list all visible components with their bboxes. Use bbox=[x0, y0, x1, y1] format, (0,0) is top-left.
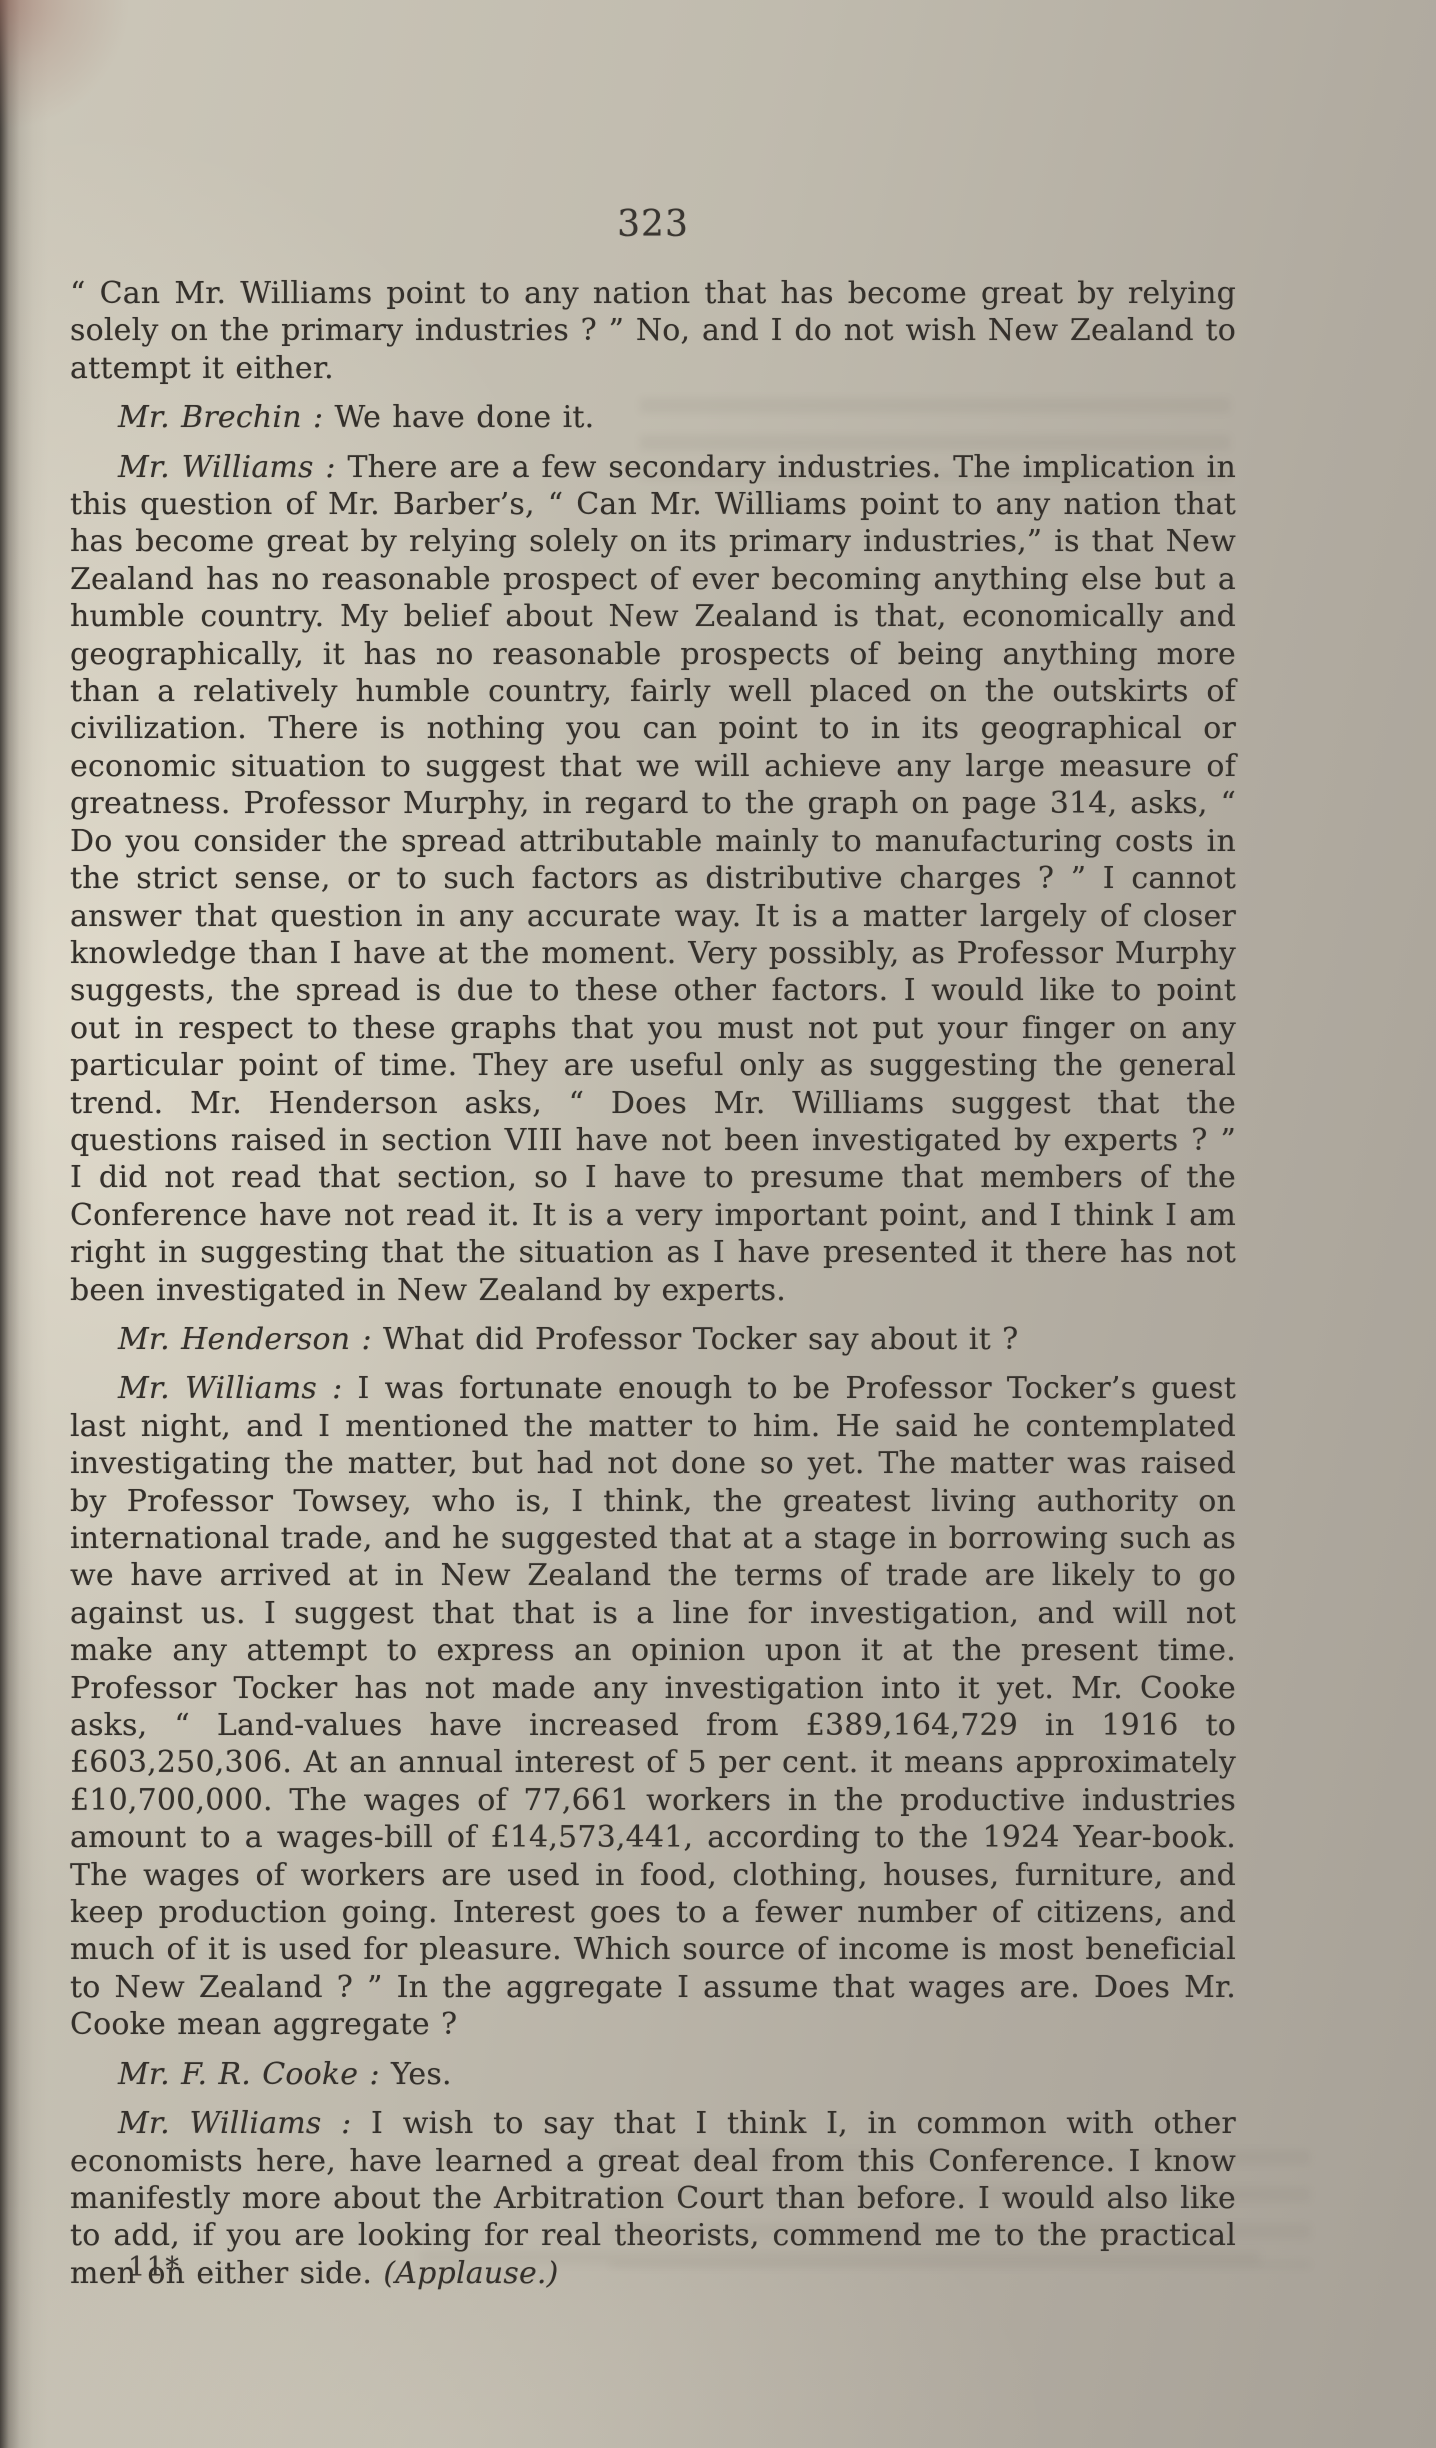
paragraph-text: I was fortunate enough to be Professor T… bbox=[70, 1371, 1236, 2042]
paragraph: Mr. Williams : I was fortunate enough to… bbox=[70, 1370, 1236, 2043]
paragraph-text: Yes. bbox=[391, 2057, 452, 2092]
page-left-edge-shadow bbox=[0, 0, 48, 2448]
book-page: 323 “ Can Mr. Williams point to any nati… bbox=[0, 0, 1436, 2448]
speaker-name: Mr. Williams : bbox=[118, 1371, 342, 1406]
paragraph: Mr. Brechin : We have done it. bbox=[70, 399, 1236, 436]
speaker-name: Mr. Brechin : bbox=[118, 400, 323, 435]
paragraph-text: We have done it. bbox=[335, 400, 595, 435]
speaker-name: Mr. Henderson : bbox=[118, 1322, 372, 1357]
speaker-name: Mr. F. R. Cooke : bbox=[118, 2057, 380, 2092]
paragraph: Mr. Williams : I wish to say that I thin… bbox=[70, 2105, 1236, 2292]
paragraph: Mr. Henderson : What did Professor Tocke… bbox=[70, 1321, 1236, 1358]
applause-note: (Applause.) bbox=[383, 2256, 558, 2291]
paragraph-text: There are a few secondary industries. Th… bbox=[70, 450, 1236, 1308]
speaker-name: Mr. Williams : bbox=[118, 2106, 351, 2141]
signature-mark: 11* bbox=[128, 2252, 180, 2283]
page-corner-tint bbox=[0, 0, 190, 200]
paragraph: Mr. Williams : There are a few secondary… bbox=[70, 449, 1236, 1309]
page-content: 323 “ Can Mr. Williams point to any nati… bbox=[70, 207, 1236, 2304]
speaker-name: Mr. Williams : bbox=[118, 450, 336, 485]
paragraph-continuation: “ Can Mr. Williams point to any nation t… bbox=[70, 275, 1236, 387]
dialogue: “ Can Mr. Williams point to any nation t… bbox=[70, 275, 1236, 2292]
paragraph-text: What did Professor Tocker say about it ? bbox=[383, 1322, 1018, 1357]
paragraph-text: “ Can Mr. Williams point to any nation t… bbox=[70, 276, 1236, 386]
paragraph: Mr. F. R. Cooke : Yes. bbox=[70, 2056, 1236, 2093]
page-number: 323 bbox=[70, 207, 1236, 243]
